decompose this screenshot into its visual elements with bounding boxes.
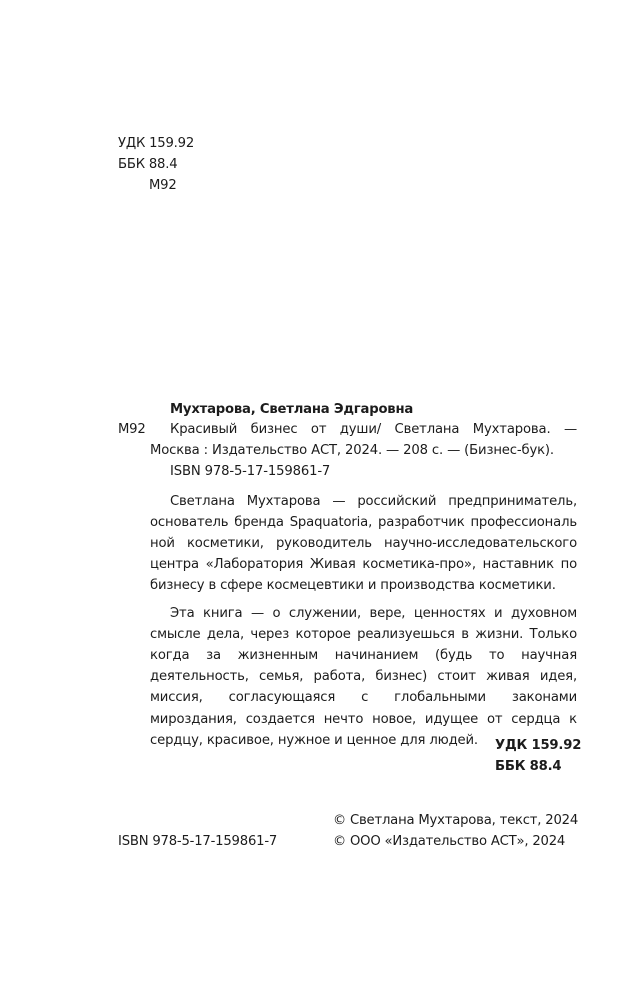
annotation-paragraph-2: Эта книга — о служении, вере, ценностях … [150,603,577,751]
udk-code: УДК 159.92 [118,134,194,155]
isbn-footer: ISBN 978-5-17-159861-7 [118,834,277,849]
copyright-publisher: © ООО «Издательство АСТ», 2024 [333,834,578,855]
author-mark-inline: М92 [118,422,146,437]
author-name: Мухтарова, Светлана Эдгаровна [170,402,413,417]
copyright-block: © Светлана Мухтарова, текст, 2024 © ООО … [333,813,578,855]
bibliographic-record: Красивый бизнес от души/ Светлана Мухтар… [150,419,577,751]
right-classification-codes: УДК 159.92 ББК 88.4 [495,738,581,780]
bbk-code-bold: ББК 88.4 [495,759,581,780]
title-line-2: Москва : Издательство АСТ, 2024. — 208 с… [150,440,577,461]
isbn: ISBN 978-5-17-159861-7 [150,461,577,482]
udk-code-bold: УДК 159.92 [495,738,581,759]
author-mark: М92 [118,176,194,197]
bbk-code: ББК 88.4 [118,155,194,176]
top-classification-codes: УДК 159.92 ББК 88.4 М92 [118,134,194,197]
annotation-paragraph-1: Светлана Мухтарова — российский предприн… [150,491,577,597]
title-line-1: Красивый бизнес от души/ Светлана Мухтар… [150,419,577,440]
copyright-author: © Светлана Мухтарова, текст, 2024 [333,813,578,834]
